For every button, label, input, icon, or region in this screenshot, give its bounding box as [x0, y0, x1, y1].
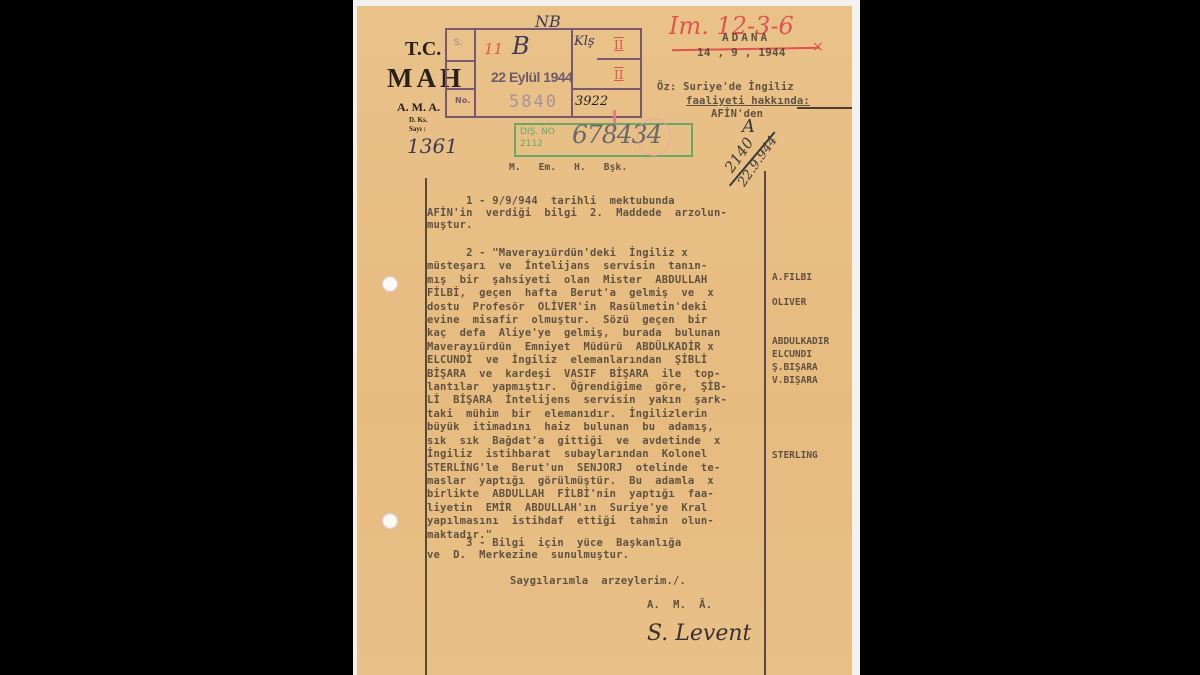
body-line: İngiliz istihbarat subaylarından Kolonel	[427, 448, 727, 461]
margin-note-elcundi: ELCUNDİ	[772, 349, 812, 360]
body-line: ELCUNDİ ve İngiliz elemanlarından ŞİBLİ	[427, 354, 727, 367]
stamp-cell-s: S.	[454, 38, 463, 48]
subject-line-2: faaliyeti hakkında:	[686, 95, 810, 107]
received-stamp: S. No. 11 B Klş 22 Eylül 1944 5840 3922 …	[445, 28, 642, 118]
body-line: ve D. Merkezine sunulmuştur.	[427, 549, 681, 561]
body-line: muştur.	[427, 219, 727, 231]
subject-line-1: Öz: Suriye'de İngiliz	[657, 81, 794, 93]
hole-punch-bottom	[382, 513, 398, 529]
stamp-number-handwritten: 3922	[575, 94, 608, 109]
body-line: FİLBİ, geçen hafta Berut'a gelmiş ve x	[427, 287, 727, 300]
body-line: AFİN'in verdiği bilgi 2. Maddede arzolun…	[427, 207, 727, 219]
dosya-stamp-label-2: 2112	[520, 139, 543, 149]
body-line: 2 - "Maverayıürdün'deki İngiliz x	[427, 247, 727, 260]
dosya-stamp-label-1: DIŞ. NO	[520, 127, 555, 137]
stamp-roman-2: II	[614, 68, 623, 82]
stamp-date: 22 Eylül 1944	[491, 69, 572, 85]
body-line: mış bir şahsiyeti olan Mister ABDULLAH	[427, 274, 727, 287]
stamp-handwritten-kls: Klş	[574, 34, 595, 49]
margin-note-filbi: A.FİLBİ	[772, 272, 812, 283]
margin-note-vasif-bisara: V.BİŞARA	[772, 375, 818, 386]
body-paragraph-3: 3 - Bilgi için yüce Başkanlığa ve D. Mer…	[427, 537, 681, 561]
right-margin-line	[764, 171, 766, 675]
body-line: liyetin EMİR ABDULLAH'ın Suriye'ye Kral	[427, 502, 727, 515]
body-line: birlikte ABDULLAH FİLBİ'nin yaptığı faa-	[427, 488, 727, 501]
margin-note-sterling: STERLİNG	[772, 450, 818, 461]
letter-date: 14 , 9 , 1944	[697, 46, 786, 59]
body-line: 1 - 9/9/944 tarihli mektubunda	[427, 195, 727, 207]
letterhead-ama: A. M. A.	[397, 100, 440, 115]
addressee: M. Em. H. Bşk.	[509, 162, 627, 173]
margin-note-sibli-bisara: Ş.BİŞARA	[772, 362, 818, 373]
margin-note-oliver: OLİVER	[772, 297, 806, 308]
document-page: T.C. MAH A. M. A. D. Ks. Sayı : 1361 NB …	[357, 6, 852, 675]
body-paragraph-2: 2 - "Maverayıürdün'deki İngiliz x müsteş…	[427, 247, 727, 542]
body-line: lantılar yapmıştır. Öğrendiğime göre, Şİ…	[427, 381, 727, 394]
closing: Saygılarımla arzeylerim./.	[510, 575, 686, 587]
signature: S. Levent	[647, 621, 751, 646]
body-paragraph-1: 1 - 9/9/944 tarihli mektubunda AFİN'in v…	[427, 195, 727, 231]
red-circle-mark	[637, 118, 671, 156]
stamp-handwritten-b: B	[512, 32, 530, 60]
body-line: Maverayıürdün Emniyet Müdürü ABDÜLKADİR …	[427, 341, 727, 354]
red-x-mark: ×	[812, 39, 824, 55]
subject-line-3: AFİN'den	[711, 108, 763, 120]
letterhead-tc: T.C.	[405, 38, 441, 61]
subject-underline	[797, 107, 852, 109]
stamp-roman-1: II	[614, 38, 623, 52]
stamp-red-mark: 11	[484, 40, 503, 58]
file-number-handwritten: 1361	[407, 134, 458, 158]
stamp-number: 5840	[509, 92, 558, 112]
letterhead-dks: D. Ks.	[409, 116, 427, 124]
hole-punch-top	[382, 276, 398, 292]
body-line: Lİ BİŞARA İntelijens servisin yakın şark…	[427, 394, 727, 407]
body-line: taki mühim bir elemanıdır. İngilizlerin	[427, 408, 727, 421]
body-line: evine misafir olmuştur. Sözü geçen bir	[427, 314, 727, 327]
body-line: maslar yaptığı görülmüştür. Bu adamla x	[427, 475, 727, 488]
body-line: kaç defa Aliye'ye gelmiş, burada bulunan	[427, 327, 727, 340]
body-line: 3 - Bilgi için yüce Başkanlığa	[427, 537, 681, 549]
body-line: müsteşarı ve İntelijans servisin tanın-	[427, 260, 727, 273]
signature-initials: A. M. Â.	[647, 599, 712, 611]
body-line: STERLİNG'le Berut'un SENJORJ otelinde te…	[427, 462, 727, 475]
body-line: dostu Profesör OLİVER'in Rasülmetin'deki	[427, 301, 727, 314]
body-line: BİŞARA ve kardeşi VASIF BİŞARA ile top-	[427, 368, 727, 381]
stamp-corner-label: No.	[455, 96, 470, 105]
letterhead-sayi: Sayı :	[409, 125, 426, 133]
body-line: büyük itimadını haiz bulunan bu adamış,	[427, 421, 727, 434]
body-line: yapılmasını istihdaf ettiği tahmin olun-	[427, 515, 727, 528]
city: ADANA	[722, 31, 770, 44]
receipt-letter: A	[742, 116, 755, 137]
margin-note-abdulkadir: ABDÜLKADİR	[772, 336, 829, 347]
body-line: sık sık Bağdat'a gittiği ve avdetinde x	[427, 435, 727, 448]
